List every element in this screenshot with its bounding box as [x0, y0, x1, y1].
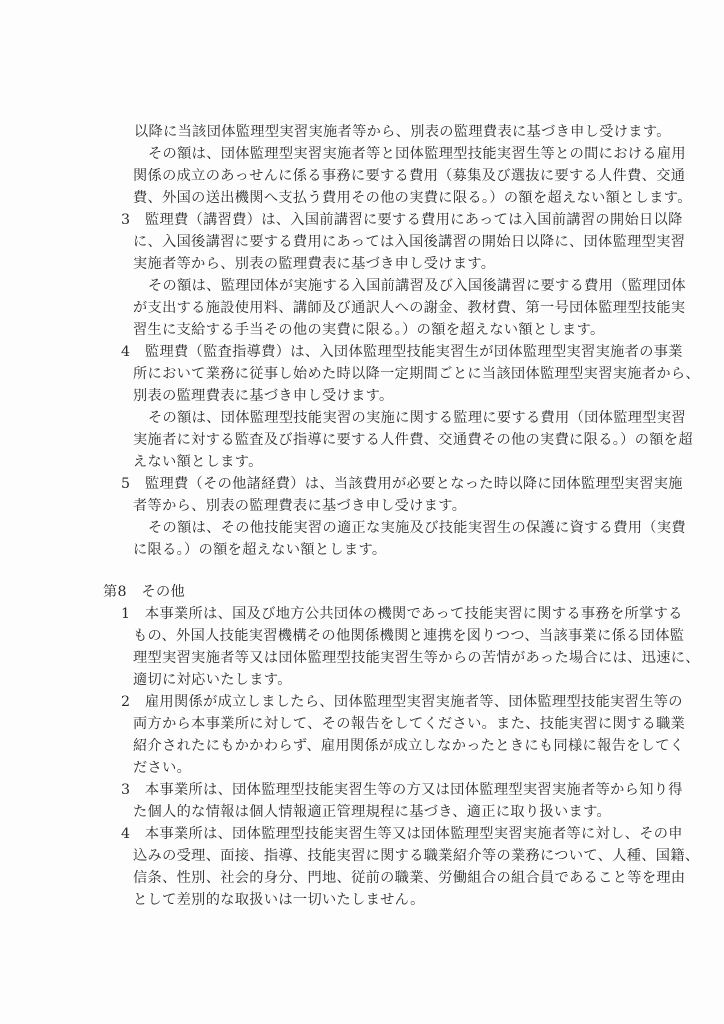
text-line: 理型実習実施者等又は団体監理型技能実習生等からの苦情があった場合には、迅速に、	[133, 649, 700, 667]
text-line: として差別的な取扱いは一切いたしません。	[133, 891, 425, 909]
text-line: に、入国後講習に要する費用にあっては入国後講習の開始日以降に、団体監理型実習	[133, 233, 685, 251]
text-line: 習生に支給する手当その他の実費に限る。）の額を超えない額とします。	[133, 321, 605, 339]
text-line: 別表の監理費表に基づき申し受けます。	[133, 387, 394, 405]
text-line: 2 雇用関係が成立しましたら、団体監理型実習実施者等、団体監理型技能実習生等の	[121, 693, 683, 711]
text-line: 5 監理費（その他諸経費）は、当該費用が必要となった時以降に団体監理型実習実施	[121, 475, 683, 493]
text-line: その額は、団体監理型実習実施者等と団体監理型技能実習生等との間における雇用	[148, 145, 686, 163]
text-line: その額は、団体監理型技能実習の実施に関する監理に要する費用（団体監理型実習	[148, 409, 686, 427]
text-line: えない額とします。	[133, 453, 263, 471]
text-line: 実施者に対する監査及び指導に要する人件費、交通費その他の実費に限る。）の額を超	[133, 431, 693, 449]
text-line: 以降に当該団体監理型実習実施者等から、別表の監理費表に基づき申し受けます。	[134, 123, 671, 141]
text-line: 費、外国の送出機関へ支払う費用その他の実費に限る。）の額を超えない額とします。	[133, 189, 692, 207]
text-line: 者等から、別表の監理費表に基づき申し受けます。	[133, 497, 466, 515]
text-line: 実施者等から、別表の監理費表に基づき申し受けます。	[133, 255, 495, 273]
text-line: ださい。	[133, 759, 191, 777]
text-line: 信条、性別、社会的身分、門地、従前の職業、労働組合の組合員であること等を理由	[133, 869, 685, 887]
text-line: 1 本事業所は、国及び地方公共団体の機関であって技能実習に関する事務を所掌する	[121, 605, 683, 623]
text-line: た個人的な情報は個人情報適正管理規程に基づき、適正に取り扱います。	[133, 803, 611, 821]
text-line: 所において業務に従事し始めた時以降一定期間ごとに当該団体監理型実習実施者から、	[133, 365, 700, 383]
text-line: 4 本事業所は、団体監理型技能実習生等又は団体監理型実習実施者等に対し、その申	[121, 825, 683, 843]
text-line: その額は、その他技能実習の適正な実施及び技能実習生の保護に資する費用（実費	[148, 519, 686, 537]
text-line: 3 監理費（講習費）は、入国前講習に要する費用にあっては入国前講習の開始日以降	[121, 211, 683, 229]
text-line: 込みの受理、面接、指導、技能実習に関する職業紹介等の業務について、人種、国籍、	[133, 847, 699, 865]
text-line: 3 本事業所は、団体監理型技能実習生等の方又は団体監理型実習実施者等から知り得	[121, 781, 683, 799]
text-line: 第8 その他	[103, 583, 185, 601]
text-line: 適切に対応いたします。	[133, 671, 292, 689]
text-line: 紹介されたにもかかわらず、雇用関係が成立しなかったときにも同様に報告をしてく	[133, 737, 684, 755]
text-line: 両方から本事業所に対して、その報告をしてください。また、技能実習に関する職業	[133, 715, 685, 733]
text-line: に限る。）の額を超えない額とします。	[133, 541, 386, 559]
document-page: 以降に当該団体監理型実習実施者等から、別表の監理費表に基づき申し受けます。その額…	[0, 0, 724, 1024]
text-line: その額は、監理団体が実施する入国前講習及び入国後講習に要する費用（監理団体	[148, 277, 686, 295]
text-line: 4 監理費（監査指導費）は、入団体監理型技能実習生が団体監理型実習実施者の事業	[121, 343, 683, 361]
text-line: が支出する施設使用料、講師及び通訳人への謝金、教材費、第一号団体監理型技能実	[133, 299, 685, 317]
text-line: もの、外国人技能実習機構その他関係機関と連携を図りつつ、当該事業に係る団体監	[133, 627, 684, 645]
text-line: 関係の成立のあっせんに係る事務に要する費用（募集及び選抜に要する人件費、交通	[133, 167, 685, 185]
